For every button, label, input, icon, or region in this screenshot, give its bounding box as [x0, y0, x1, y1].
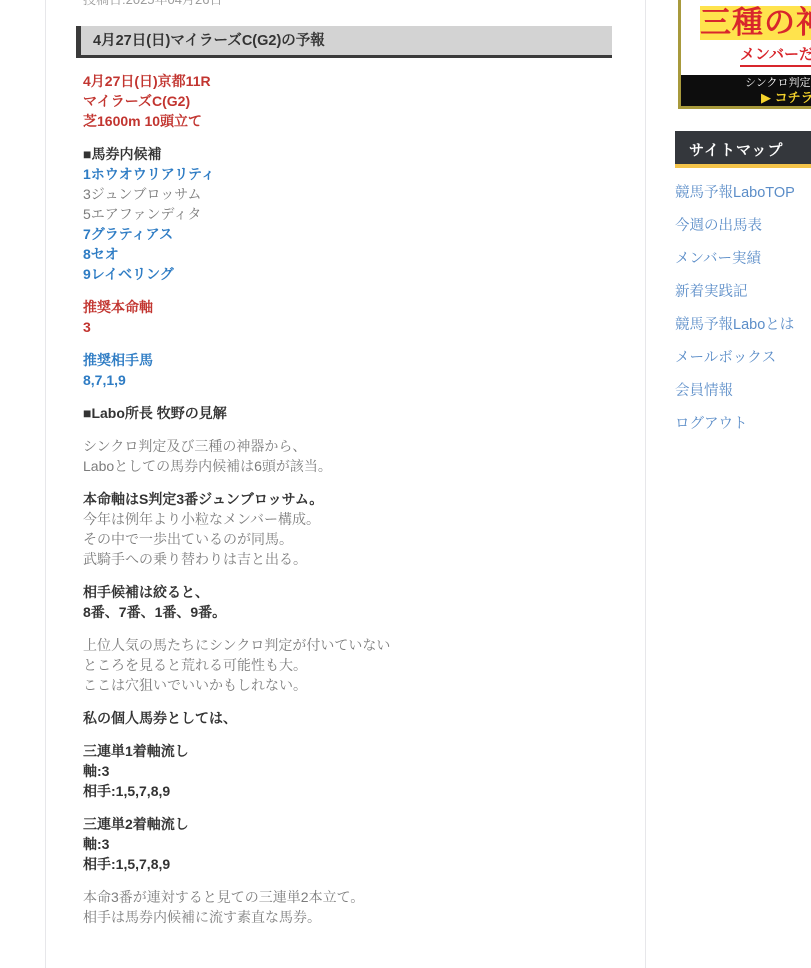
article-title: 4月27日(日)マイラーズC(G2)の予報 [93, 33, 325, 49]
bet-title: 三連単1着軸流し [83, 741, 645, 761]
candidate-item: 3ジュンブロッサム [83, 184, 645, 204]
candidate-item: 5エアファンディタ [83, 204, 645, 224]
sidebar-item-about[interactable]: 競馬予報Laboとは [675, 309, 811, 342]
opinion-line: 上位人気の馬たちにシンクロ判定が付いていない [83, 635, 645, 655]
sidebar-header: サイトマップ [675, 131, 811, 168]
opinion-para2: 本命軸はS判定3番ジュンブロッサム。 今年は例年より小粒なメンバー構成。 その中… [83, 489, 645, 569]
bet-axis: 軸:3 [83, 834, 645, 854]
race-info: 4月27日(日)京都11R マイラーズC(G2) 芝1600m 10頭立て [83, 71, 645, 131]
bet-partners: 相手:1,5,7,8,9 [83, 781, 645, 801]
candidate-item: 7グラティアス [83, 224, 645, 244]
sidebar-item-mailbox[interactable]: メールボックス [675, 342, 811, 375]
opinion-line: Laboとしての馬券内候補は6頭が該当。 [83, 456, 645, 476]
banner-headline: 三種の神器 [700, 6, 811, 40]
bet1-block: 三連単1着軸流し 軸:3 相手:1,5,7,8,9 [83, 741, 645, 801]
bet-axis: 軸:3 [83, 761, 645, 781]
opinion-line: 本命軸はS判定3番ジュンブロッサム。 [83, 489, 645, 509]
banner-cta-label: コチラ [775, 90, 811, 105]
promo-banner[interactable]: 競馬予報Laboで勝ち続ける 三種の神器 メンバーだけ シンクロ判定を最大限 ▶… [678, 0, 811, 109]
axis-block: 推奨本命軸 3 [83, 297, 645, 337]
opinion-line: 今年は例年より小粒なメンバー構成。 [83, 509, 645, 529]
opinion-line: 本命3番が連対すると見ての三連単2本立て。 [83, 887, 645, 907]
opinion-para1: シンクロ判定及び三種の神器から、 Laboとしての馬券内候補は6頭が該当。 [83, 436, 645, 476]
banner-cta-arrow-icon: ▶ [761, 90, 771, 105]
axis-heading: 推奨本命軸 [83, 297, 645, 317]
candidate-item: 8セオ [83, 244, 645, 264]
sidebar-item-diary[interactable]: 新着実践記 [675, 276, 811, 309]
partners-value: 8,7,1,9 [83, 370, 645, 390]
sidebar-item-entries[interactable]: 今週の出馬表 [675, 210, 811, 243]
bet-partners: 相手:1,5,7,8,9 [83, 854, 645, 874]
opinion-para3: 相手候補は絞ると、 8番、7番、1番、9番。 [83, 582, 645, 622]
banner-subline: メンバーだけ [740, 43, 811, 67]
opinion-line: 相手候補は絞ると、 [83, 582, 645, 602]
axis-value: 3 [83, 317, 645, 337]
sidebar-item-results[interactable]: メンバー実績 [675, 243, 811, 276]
bets-intro-block: 私の個人馬券としては、 [83, 708, 645, 728]
bets-outro: 本命3番が連対すると見ての三連単2本立て。 相手は馬券内候補に流す素直な馬券。 [83, 887, 645, 927]
sidebar-item-logout[interactable]: ログアウト [675, 408, 811, 441]
post-date: 投稿日:2025年04月26日 [83, 0, 645, 8]
sidebar-nav: 競馬予報LaboTOP 今週の出馬表 メンバー実績 新着実践記 競馬予報Labo… [675, 177, 811, 441]
opinion-line: 8番、7番、1番、9番。 [83, 602, 645, 622]
candidate-item: 1ホウオウリアリティ [83, 164, 645, 184]
race-name-line: マイラーズC(G2) [83, 91, 645, 111]
race-course-line: 芝1600m 10頭立て [83, 111, 645, 131]
opinion-line: ところを見ると荒れる可能性も大。 [83, 655, 645, 675]
banner-cta-bar[interactable]: シンクロ判定を最大限 ▶ コチラを [681, 75, 811, 106]
partners-block: 推奨相手馬 8,7,1,9 [83, 350, 645, 390]
partners-heading: 推奨相手馬 [83, 350, 645, 370]
content-column: 投稿日:2025年04月26日 4月27日(日)マイラーズC(G2)の予報 4月… [45, 0, 646, 968]
banner-bar-text-white: シンクロ判定を [745, 77, 811, 89]
candidate-item: 9レイベリング [83, 264, 645, 284]
bet2-block: 三連単2着軸流し 軸:3 相手:1,5,7,8,9 [83, 814, 645, 874]
bets-intro: 私の個人馬券としては、 [83, 708, 645, 728]
opinion-line: 相手は馬券内候補に流す素直な馬券。 [83, 907, 645, 927]
sidebar-item-labo-top[interactable]: 競馬予報LaboTOP [675, 177, 811, 210]
sidebar-heading: サイトマップ [689, 142, 783, 159]
opinion-line: その中で一歩出ているのが同馬。 [83, 529, 645, 549]
bet-title: 三連単2着軸流し [83, 814, 645, 834]
article-body: 4月27日(日)京都11R マイラーズC(G2) 芝1600m 10頭立て ■馬… [83, 71, 645, 927]
opinion-line: 武騎手への乗り替わりは吉と出る。 [83, 549, 645, 569]
banner-bar-text: シンクロ判定を最大限 [745, 77, 811, 90]
candidates-block: ■馬券内候補 1ホウオウリアリティ 3ジュンブロッサム 5エアファンディタ 7グ… [83, 144, 645, 284]
banner-cta[interactable]: ▶ コチラを [761, 90, 811, 107]
sidebar-item-member-info[interactable]: 会員情報 [675, 375, 811, 408]
candidates-heading: ■馬券内候補 [83, 144, 645, 164]
opinion-line: ここは穴狙いでいいかもしれない。 [83, 675, 645, 695]
race-date-line: 4月27日(日)京都11R [83, 71, 645, 91]
article-title-bar: 4月27日(日)マイラーズC(G2)の予報 [76, 26, 612, 58]
opinion-heading-block: ■Labo所長 牧野の見解 [83, 403, 645, 423]
opinion-heading: ■Labo所長 牧野の見解 [83, 403, 645, 423]
opinion-para4: 上位人気の馬たちにシンクロ判定が付いていない ところを見ると荒れる可能性も大。 … [83, 635, 645, 695]
opinion-line: シンクロ判定及び三種の神器から、 [83, 436, 645, 456]
